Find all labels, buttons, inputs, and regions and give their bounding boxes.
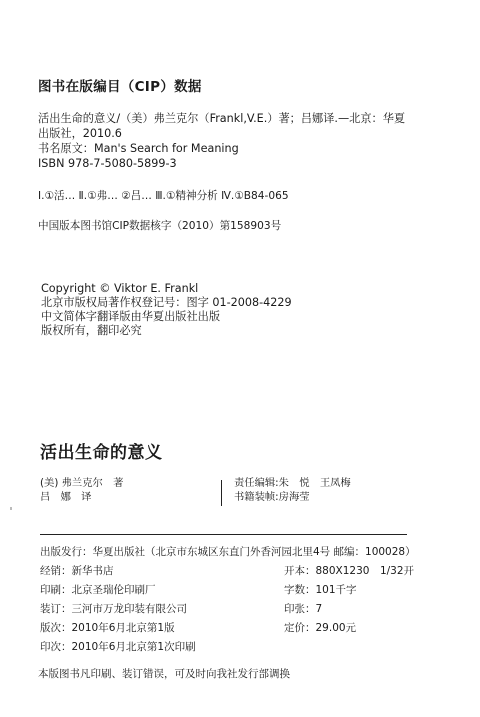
price: 定价：29.00元 xyxy=(284,621,356,635)
imprint-rule xyxy=(40,534,407,535)
word-count: 字数：101千字 xyxy=(284,583,357,597)
printed-sheets: 印张：7 xyxy=(284,602,322,616)
printing: 印次：2010年6月北京第1次印刷 xyxy=(40,640,196,654)
translation-publisher: 中文简体字翻译版由华夏出版社出版 xyxy=(41,310,220,324)
publisher-line: 出版发行：华夏出版社（北京市东城区东直门外香河园北里4号 邮编：100028） xyxy=(40,545,416,559)
classification-line: Ⅰ.①活… Ⅱ.①弗… ②吕… Ⅲ.①精神分析 Ⅳ.①B84-065 xyxy=(38,189,289,204)
author-credit: (美) 弗兰克尔 著 xyxy=(40,476,123,490)
distributor: 经销：新华书店 xyxy=(40,564,114,578)
scan-speck xyxy=(10,507,12,510)
binder: 装订：三河市万龙印装有限公司 xyxy=(40,602,187,616)
format-size: 开本：880X1230 1/32开 xyxy=(284,564,414,578)
printer: 印刷：北京圣瑞伦印刷厂 xyxy=(40,583,156,597)
copyright-registration: 北京市版权局著作权登记号：图字 01-2008-4229 xyxy=(41,296,292,310)
translator-credit: 吕 娜 译 xyxy=(40,490,91,504)
designer-credit: 书籍装帧:房海莹 xyxy=(234,490,310,504)
copyright-notice: Copyright © Viktor E. Frankl xyxy=(41,282,198,296)
rights-reserved: 版权所有，翻印必究 xyxy=(41,324,142,338)
original-title: 书名原文：Man's Search for Meaning xyxy=(38,141,239,156)
isbn: ISBN 978-7-5080-5899-3 xyxy=(38,156,177,171)
edition: 版次：2010年6月北京第1版 xyxy=(40,621,175,635)
defect-notice: 本版图书凡印刷、装订错误，可及时向我社发行部调换 xyxy=(38,666,290,681)
cip-entry-line: 活出生命的意义/（美）弗兰克尔（Frankl,V.E.）著；吕娜译.—北京：华夏 xyxy=(38,111,405,126)
cip-verification-number: 中国版本图书馆CIP数据核字（2010）第158903号 xyxy=(38,219,281,234)
book-title: 活出生命的意义 xyxy=(40,438,163,463)
cip-heading: 图书在版编目（CIP）数据 xyxy=(38,75,202,95)
cip-entry-line: 出版社，2010.6 xyxy=(38,126,122,141)
editor-credit: 责任编辑:朱 悦 王凤梅 xyxy=(234,476,351,490)
credits-divider xyxy=(221,480,222,506)
